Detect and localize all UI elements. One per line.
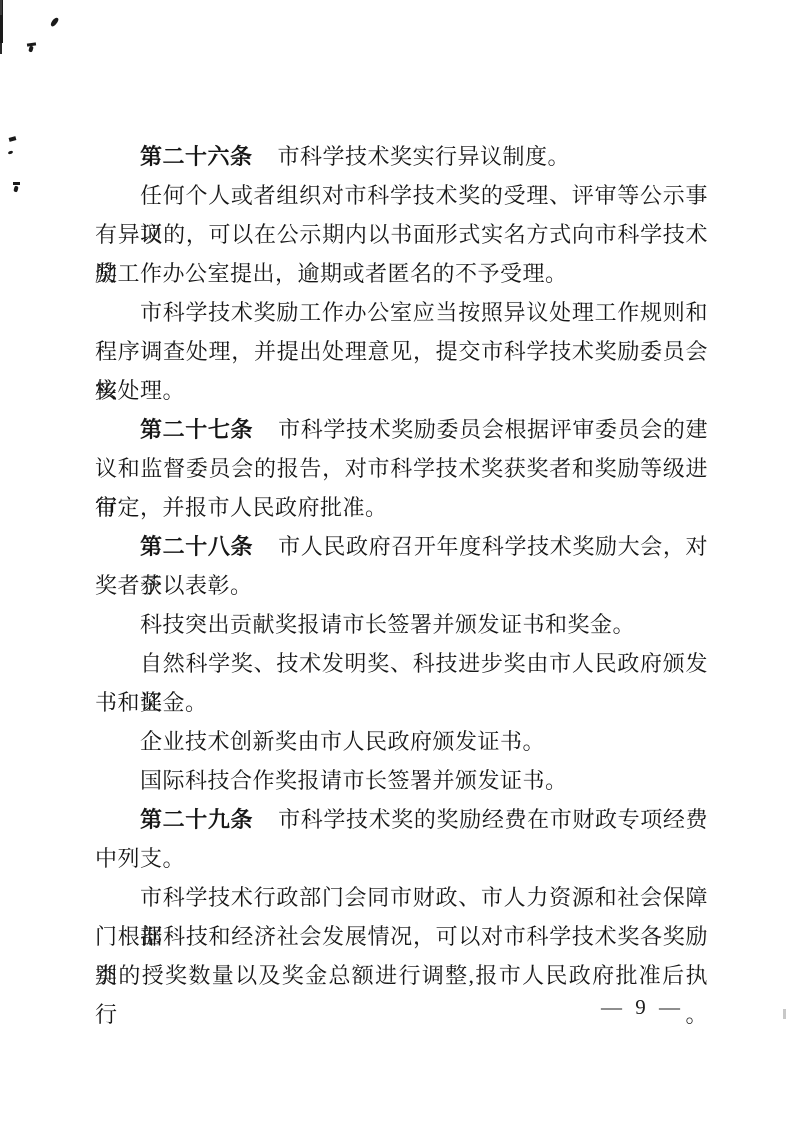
line-text: 市科学技术奖实行异议制度。 — [278, 144, 571, 169]
scan-speck-icon — [8, 150, 14, 155]
text-line: 奖者予以表彰。 — [95, 566, 708, 605]
text-line: 市科学技术奖励工作办公室应当按照异议处理工作规则和 — [95, 293, 708, 332]
article-number: 第二十八条 — [140, 534, 253, 559]
text-line: 中列支。 — [95, 839, 708, 878]
text-line: 议和监督委员会的报告，对市科学技术奖获奖者和奖励等级进行 — [95, 449, 708, 488]
line-text: 国际科技合作奖报请市长签署并颁发证书。 — [140, 768, 568, 793]
document-page: 第二十六条市科学技术奖实行异议制度。任何个人或者组织对市科学技术奖的受理、评审等… — [0, 0, 794, 1123]
line-text: 实处理。 — [95, 378, 185, 403]
document-body: 第二十六条市科学技术奖实行异议制度。任何个人或者组织对市科学技术奖的受理、评审等… — [95, 137, 708, 995]
line-text: 书和奖金。 — [95, 690, 208, 715]
scan-speck-icon — [783, 1009, 786, 1019]
line-text: 科技突出贡献奖报请市长签署并颁发证书和奖金。 — [140, 612, 635, 637]
text-line: 门根据科技和经济社会发展情况，可以对市科学技术奖各奖励类 — [95, 917, 708, 956]
text-line: 自然科学奖、技术发明奖、科技进步奖由市人民政府颁发证 — [95, 644, 708, 683]
line-text: 企业技术创新奖由市人民政府颁发证书。 — [140, 729, 545, 754]
text-line: 有异议的，可以在公示期内以书面形式实名方式向市科学技术奖 — [95, 215, 708, 254]
line-text: 审定，并报市人民政府批准。 — [95, 495, 388, 520]
page-number: — 9 — — [601, 995, 684, 1020]
line-text: 励工作办公室提出，逾期或者匿名的不予受理。 — [95, 261, 568, 286]
line-text: 市科学技术奖励工作办公室应当按照异议处理工作规则和 — [140, 300, 708, 325]
line-text: 市科学技术奖励委员会根据评审委员会的建 — [278, 417, 708, 442]
line-text: 市科学技术奖的奖励经费在市财政专项经费 — [278, 807, 708, 832]
text-line: 实处理。 — [95, 371, 708, 410]
text-line: 书和奖金。 — [95, 683, 708, 722]
article-heading-line: 第二十六条市科学技术奖实行异议制度。 — [95, 137, 708, 176]
text-line: 励工作办公室提出，逾期或者匿名的不予受理。 — [95, 254, 708, 293]
scan-speck-icon — [9, 136, 17, 142]
article-number: 第二十九条 — [140, 807, 253, 832]
scan-speck-icon — [13, 186, 18, 193]
article-number: 第二十六条 — [140, 144, 253, 169]
text-line: 程序调查处理，并提出处理意见，提交市科学技术奖励委员会核 — [95, 332, 708, 371]
scan-speck-icon — [13, 182, 20, 185]
text-line: 别的授奖数量以及奖金总额进行调整,报市人民政府批准后执行。 — [95, 956, 708, 995]
text-line: 任何个人或者组织对市科学技术奖的受理、评审等公示事项 — [95, 176, 708, 215]
text-line: 市科学技术行政部门会同市财政、市人力资源和社会保障部 — [95, 878, 708, 917]
article-heading-line: 第二十九条市科学技术奖的奖励经费在市财政专项经费 — [95, 800, 708, 839]
line-text: 中列支。 — [95, 846, 185, 871]
article-heading-line: 第二十七条市科学技术奖励委员会根据评审委员会的建 — [95, 410, 708, 449]
scan-speck-icon — [50, 16, 60, 27]
article-number: 第二十七条 — [140, 417, 253, 442]
text-line: 企业技术创新奖由市人民政府颁发证书。 — [95, 722, 708, 761]
text-line: 科技突出贡献奖报请市长签署并颁发证书和奖金。 — [95, 605, 708, 644]
scan-speck-icon — [28, 46, 34, 53]
line-text: 奖者予以表彰。 — [95, 573, 253, 598]
article-heading-line: 第二十八条市人民政府召开年度科学技术奖励大会，对获 — [95, 527, 708, 566]
text-line: 国际科技合作奖报请市长签署并颁发证书。 — [95, 761, 708, 800]
text-line: 审定，并报市人民政府批准。 — [95, 488, 708, 527]
scan-edge-line-icon — [0, 0, 2, 15]
